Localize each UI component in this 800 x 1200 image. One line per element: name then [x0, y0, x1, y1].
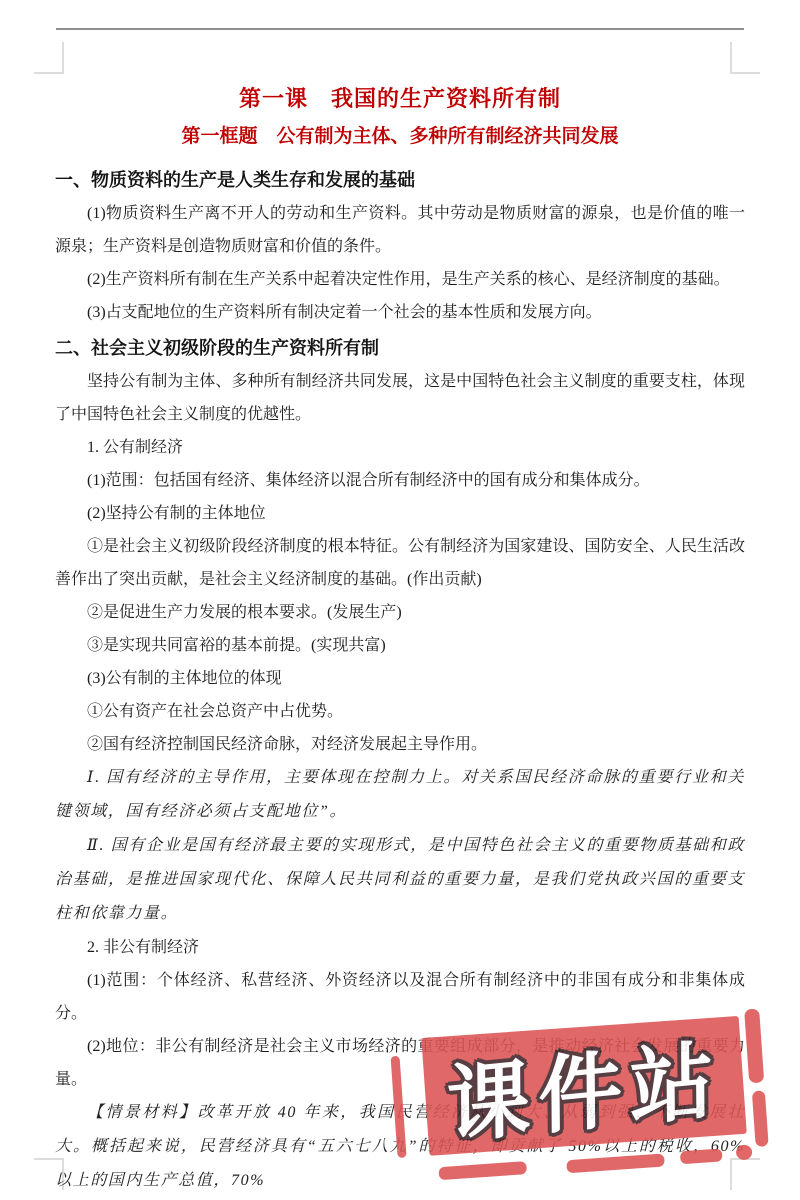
- paragraph: (1)范围：包括国有经济、集体经济以混合所有制经济中的国有成分和集体成分。: [55, 464, 745, 497]
- stamp-border-bottom-dash: [438, 1161, 527, 1180]
- margin-mark-top-left-icon: [34, 42, 64, 74]
- section-heading: 二、社会主义初级阶段的生产资料所有制: [55, 331, 745, 365]
- paragraph: (2)生产资料所有制在生产关系中起着决定性作用，是生产关系的核心、是经济制度的基…: [55, 263, 745, 296]
- frame-subtitle: 第一框题 公有制为主体、多种所有制经济共同发展: [55, 123, 745, 151]
- watermark-stamp: 课件站: [389, 1002, 800, 1196]
- page-top-boundary: [56, 28, 744, 30]
- margin-mark-top-right-icon: [730, 42, 760, 74]
- stamp-body: 课件站: [421, 1016, 746, 1156]
- paragraph: (3)占支配地位的生产资料所有制决定着一个社会的基本性质和发展方向。: [55, 296, 745, 329]
- stamp-border-bottom-dash: [566, 1153, 665, 1173]
- document-page: 第一课 我国的生产资料所有制 第一框题 公有制为主体、多种所有制经济共同发展 一…: [0, 0, 800, 1200]
- lesson-title: 第一课 我国的生产资料所有制: [55, 84, 745, 114]
- paragraph: ①是社会主义初级阶段经济制度的根本特征。公有制经济为国家建设、国防安全、人民生活…: [55, 530, 745, 596]
- watermark-text: 课件站: [446, 1012, 722, 1160]
- paragraph: Ⅰ. 国有经济的主导作用，主要体现在控制力上。对关系国民经济命脉的重要行业和关键…: [55, 761, 745, 829]
- section-heading: 一、物质资料的生产是人类生存和发展的基础: [55, 163, 745, 197]
- paragraph: ②是促进生产力发展的根本要求。(发展生产): [55, 596, 745, 629]
- stamp-border-right-lower: [752, 1090, 769, 1147]
- stamp-border-right-upper: [744, 1008, 764, 1083]
- paragraph: ③是实现共同富裕的基本前提。(实现共富): [55, 629, 745, 662]
- stamp-border-bottom-dot: [736, 1144, 753, 1160]
- paragraph: ①公有资产在社会总资产中占优势。: [55, 695, 745, 728]
- paragraph: (2)坚持公有制的主体地位: [55, 497, 745, 530]
- paragraph: (1)物质资料生产离不开人的劳动和生产资料。其中劳动是物质财富的源泉，也是价值的…: [55, 197, 745, 263]
- paragraph: 2. 非公有制经济: [55, 931, 745, 964]
- paragraph: ②国有经济控制国民经济命脉，对经济发展起主导作用。: [55, 728, 745, 761]
- paragraph: Ⅱ. 国有企业是国有经济最主要的实现形式，是中国特色社会主义的重要物质基础和政治…: [55, 829, 745, 931]
- paragraph: 坚持公有制为主体、多种所有制经济共同发展，这是中国特色社会主义制度的重要支柱，体…: [55, 365, 745, 431]
- paragraph: 1. 公有制经济: [55, 431, 745, 464]
- stamp-border-bottom-dash: [680, 1148, 723, 1164]
- paragraph: (3)公有制的主体地位的体现: [55, 662, 745, 695]
